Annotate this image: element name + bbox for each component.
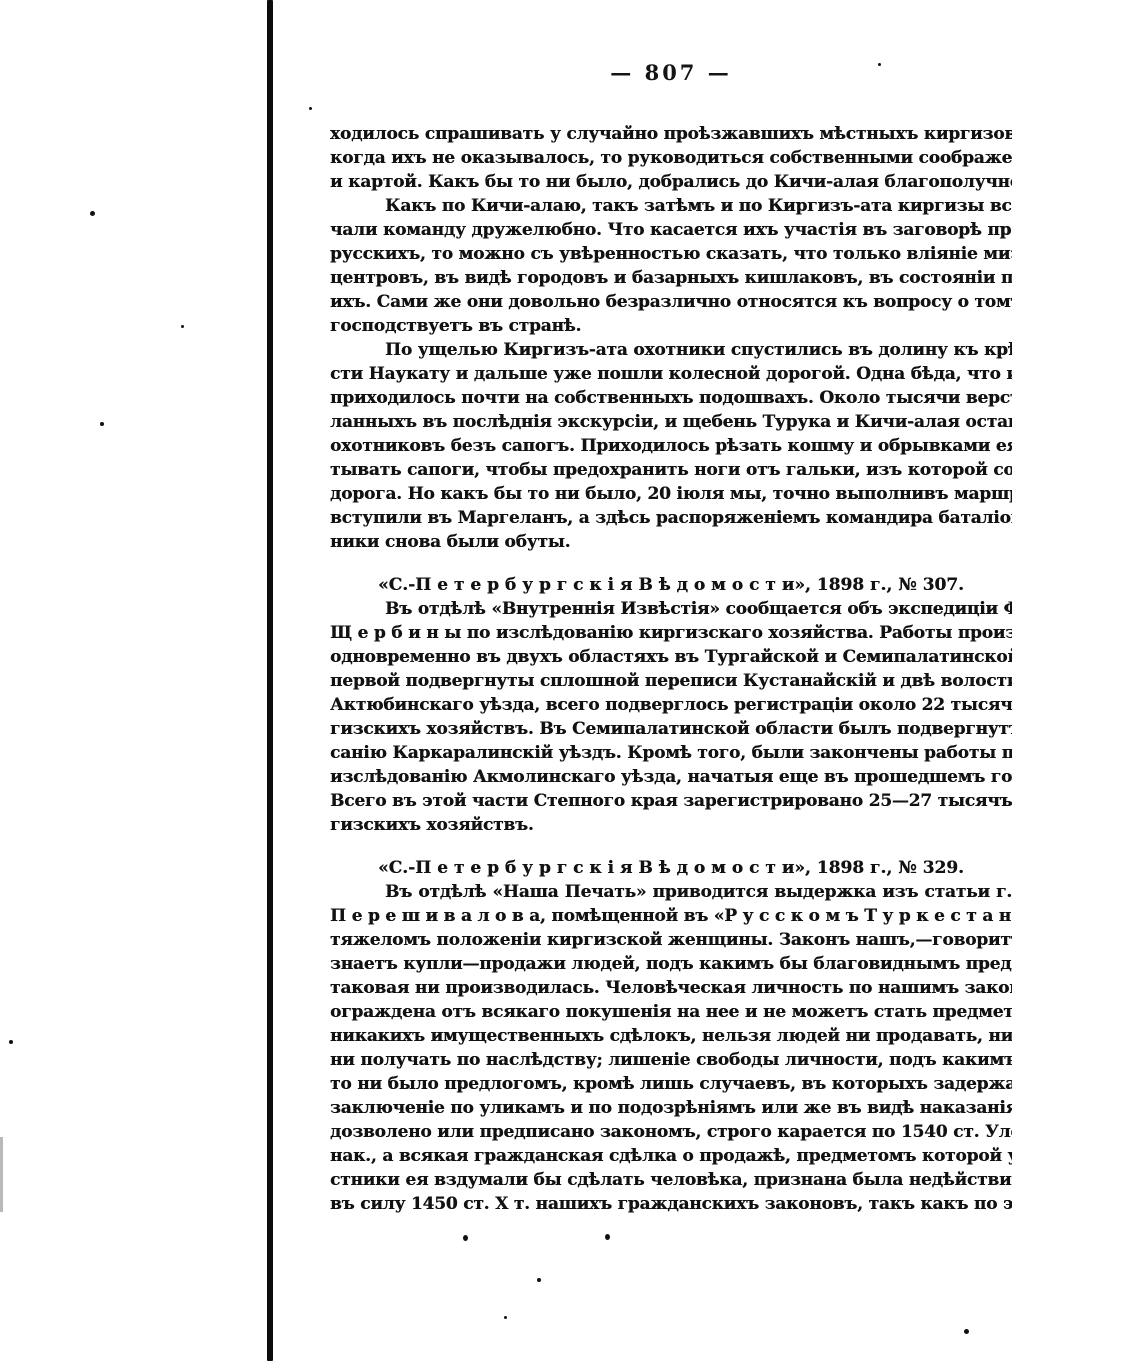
text-line: дорога. Но какъ бы то ни было, 20 іюля м… — [330, 482, 1012, 506]
text-line: никакихъ имущественныхъ сдѣлокъ, нельзя … — [330, 1024, 1012, 1048]
text-column: ходилось спрашивать у случайно проѣзжавш… — [330, 122, 1012, 1216]
text-line: Въ отдѣлѣ «Внутреннія Извѣстія» сообщает… — [330, 597, 1012, 621]
text-line: и картой. Какъ бы то ни было, добрались … — [330, 170, 1012, 194]
text-line: когда ихъ не оказывалось, то руководитьс… — [330, 146, 1012, 170]
text-line: въ силу 1450 ст. X т. нашихъ гражданских… — [330, 1192, 1012, 1216]
text-line: П е р е ш и в а л о в а, помѣщенной въ «… — [330, 904, 1012, 928]
text-line: ходилось спрашивать у случайно проѣзжавш… — [330, 122, 1012, 146]
page-number: — 807 — — [330, 60, 1012, 85]
text-line: ланныхъ въ послѣднія экскурсіи, и щебень… — [330, 410, 1012, 434]
text-line: заключеніе по уликамъ и по подозрѣніямъ … — [330, 1096, 1012, 1120]
source-citation-heading: «С.-П е т е р б у р г с к і я В ѣ д о м … — [330, 856, 1012, 880]
scan-speck — [605, 1234, 610, 1240]
text-line: стники ея вздумали бы сдѣлать человѣка, … — [330, 1168, 1012, 1192]
text-line: изслѣдованію Акмолинскаго уѣзда, начатыя… — [330, 765, 1012, 789]
text-line: тывать сапоги, чтобы предохранить ноги о… — [330, 458, 1012, 482]
text-line: центровъ, въ видѣ городовъ и базарныхъ к… — [330, 266, 1012, 290]
scan-speck — [100, 422, 104, 426]
text-line: чали команду дружелюбно. Что касается их… — [330, 218, 1012, 242]
source-citation-heading: «С.-П е т е р б у р г с к і я В ѣ д о м … — [330, 573, 1012, 597]
scan-edge-smudge — [0, 1137, 3, 1212]
text-line: По ущелью Киргизъ-ата охотники спустилис… — [330, 338, 1012, 362]
text-line: русскихъ, то можно съ увѣренностью сказа… — [330, 242, 1012, 266]
text-line: тяжеломъ положеніи киргизской женщины. З… — [330, 928, 1012, 952]
text-line: первой подвергнуты сплошной переписи Кус… — [330, 669, 1012, 693]
text-line: Въ отдѣлѣ «Наша Печать» приводится выдер… — [330, 880, 1012, 904]
binding-edge-rule — [267, 0, 273, 1361]
text-line: знаетъ купли—продажи людей, подъ какимъ … — [330, 952, 1012, 976]
scan-speck — [463, 1235, 468, 1241]
text-line: ограждена отъ всякаго покушенія на нее и… — [330, 1000, 1012, 1024]
text-line: сти Наукату и дальше уже пошли колесной … — [330, 362, 1012, 386]
text-line: господствуетъ въ странѣ. — [330, 314, 1012, 338]
text-line: гизскихъ хозяйствъ. — [330, 813, 1012, 837]
text-line: то ни было предлогомъ, кромѣ лишь случае… — [330, 1072, 1012, 1096]
scan-speck — [878, 63, 881, 66]
scan-speck — [309, 107, 312, 110]
text-line: ихъ. Сами же они довольно безразлично от… — [330, 290, 1012, 314]
scan-speck — [537, 1278, 541, 1282]
text-line: Всего въ этой части Степного края зареги… — [330, 789, 1012, 813]
text-line: охотниковъ безъ сапогъ. Приходилось рѣза… — [330, 434, 1012, 458]
text-line: гизскихъ хозяйствъ. Въ Семипалатинской о… — [330, 717, 1012, 741]
text-line: ники снова были обуты. — [330, 530, 1012, 554]
text-line: вступили въ Маргеланъ, а здѣсь распоряже… — [330, 506, 1012, 530]
text-line: санію Каркаралинскій уѣздъ. Кромѣ того, … — [330, 741, 1012, 765]
text-line: ни получать по наслѣдству; лишеніе свобо… — [330, 1048, 1012, 1072]
text-line: приходилось почти на собственныхъ подошв… — [330, 386, 1012, 410]
scan-speck — [964, 1329, 969, 1334]
scan-speck — [504, 1316, 507, 1319]
text-line: дозволено или предписано закономъ, строг… — [330, 1120, 1012, 1144]
text-line: одновременно въ двухъ областяхъ въ Турга… — [330, 645, 1012, 669]
text-line: Какъ по Кичи-алаю, такъ затѣмъ и по Кирг… — [330, 194, 1012, 218]
scan-speck — [90, 211, 95, 216]
scan-speck — [9, 1040, 13, 1044]
text-line: Актюбинскаго уѣзда, всего подверглось ре… — [330, 693, 1012, 717]
scan-speck — [181, 325, 184, 328]
text-line: нак., а всякая гражданская сдѣлка о прод… — [330, 1144, 1012, 1168]
text-line: таковая ни производилась. Человѣческая л… — [330, 976, 1012, 1000]
text-line: Щ е р б и н ы по изслѣдованію киргизскаг… — [330, 621, 1012, 645]
